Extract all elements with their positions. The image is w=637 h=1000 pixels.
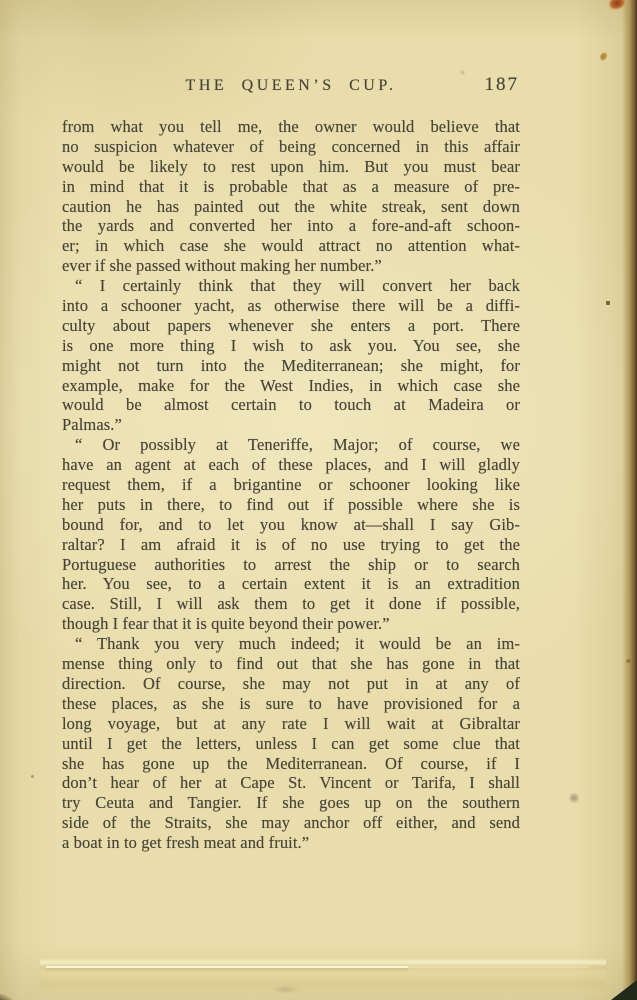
book-cover-corner-left bbox=[0, 994, 12, 1000]
running-header-title: THE QUEEN’S CUP. bbox=[62, 77, 520, 95]
text-line: these places, as she is sure to have pro… bbox=[62, 694, 520, 714]
text-line: mense thing only to find out that she ha… bbox=[62, 654, 520, 674]
text-line: er; in which case she would attract no a… bbox=[62, 236, 520, 256]
text-line: Palmas.” bbox=[62, 415, 520, 435]
text-line: raltar? I am afraid it is of no use tryi… bbox=[62, 535, 520, 555]
page-bottom-edge-line bbox=[46, 966, 408, 968]
text-line: a boat in to get fresh meat and fruit.” bbox=[62, 833, 520, 853]
text-line: her puts in there, to find out if possib… bbox=[62, 495, 520, 515]
foxing-speck-small bbox=[626, 659, 631, 663]
book-page-edge-strip bbox=[622, 0, 637, 1000]
text-line: from what you tell me, the owner would b… bbox=[62, 117, 520, 137]
text-line: in mind that it is probable that as a me… bbox=[62, 177, 520, 197]
text-line: case. Still, I will ask them to get it d… bbox=[62, 594, 520, 614]
text-line: until I get the letters, unless I can ge… bbox=[62, 734, 520, 754]
text-line: “ Thank you very much indeed; it would b… bbox=[62, 634, 520, 654]
text-line: would be almost certain to touch at Made… bbox=[62, 395, 520, 415]
text-line: request them, if a brigantine or schoone… bbox=[62, 475, 520, 495]
text-line: into a schooner yacht, as otherwise ther… bbox=[62, 296, 520, 316]
smudge-spot bbox=[569, 793, 579, 803]
text-line: caution he has painted out the white str… bbox=[62, 197, 520, 217]
faint-speck-top bbox=[459, 70, 466, 75]
text-line: culty about papers whenever she enters a… bbox=[62, 316, 520, 336]
text-line: she has gone up the Mediterranean. Of co… bbox=[62, 754, 520, 774]
page-bottom-edge bbox=[40, 958, 606, 994]
text-line: is one more thing I wish to ask you. You… bbox=[62, 336, 520, 356]
text-line: would be likely to rest upon him. But yo… bbox=[62, 157, 520, 177]
text-line: side of the Straits, she may anchor off … bbox=[62, 813, 520, 833]
running-header: THE QUEEN’S CUP. 187 bbox=[62, 77, 520, 101]
text-line: direction. Of course, she may not put in… bbox=[62, 674, 520, 694]
text-line: Portuguese authorities to arrest the shi… bbox=[62, 555, 520, 575]
text-line: might not turn into the Mediterranean; s… bbox=[62, 356, 520, 376]
text-line: ever if she passed without making her nu… bbox=[62, 256, 520, 276]
text-line: try Ceuta and Tangier. If she goes up on… bbox=[62, 793, 520, 813]
page-number: 187 bbox=[485, 74, 520, 96]
text-line: example, make for the West Indies, in wh… bbox=[62, 376, 520, 396]
text-line: though I fear that it is quite beyond th… bbox=[62, 614, 520, 634]
text-line: “ Or possibly at Teneriffe, Major; of co… bbox=[62, 435, 520, 455]
text-line: the yards and converted her into a fore-… bbox=[62, 216, 520, 236]
ink-speck bbox=[606, 301, 610, 305]
tiny-speck bbox=[31, 775, 34, 778]
text-line: bound for, and to let you know at—shall … bbox=[62, 515, 520, 535]
text-line: long voyage, but at any rate I will wait… bbox=[62, 714, 520, 734]
smudge-mark bbox=[272, 986, 298, 993]
text-line: her. You see, to a certain extent it is … bbox=[62, 574, 520, 594]
text-line: have an agent at each of these places, a… bbox=[62, 455, 520, 475]
text-line: don’t hear of her at Cape St. Vincent or… bbox=[62, 773, 520, 793]
foxing-speck bbox=[598, 51, 609, 62]
body-text: from what you tell me, the owner would b… bbox=[62, 117, 520, 853]
book-page-scan: THE QUEEN’S CUP. 187 from what you tell … bbox=[0, 0, 637, 1000]
text-line: no suspicion whatever of being concerned… bbox=[62, 137, 520, 157]
text-line: “ I certainly think that they will conve… bbox=[62, 276, 520, 296]
